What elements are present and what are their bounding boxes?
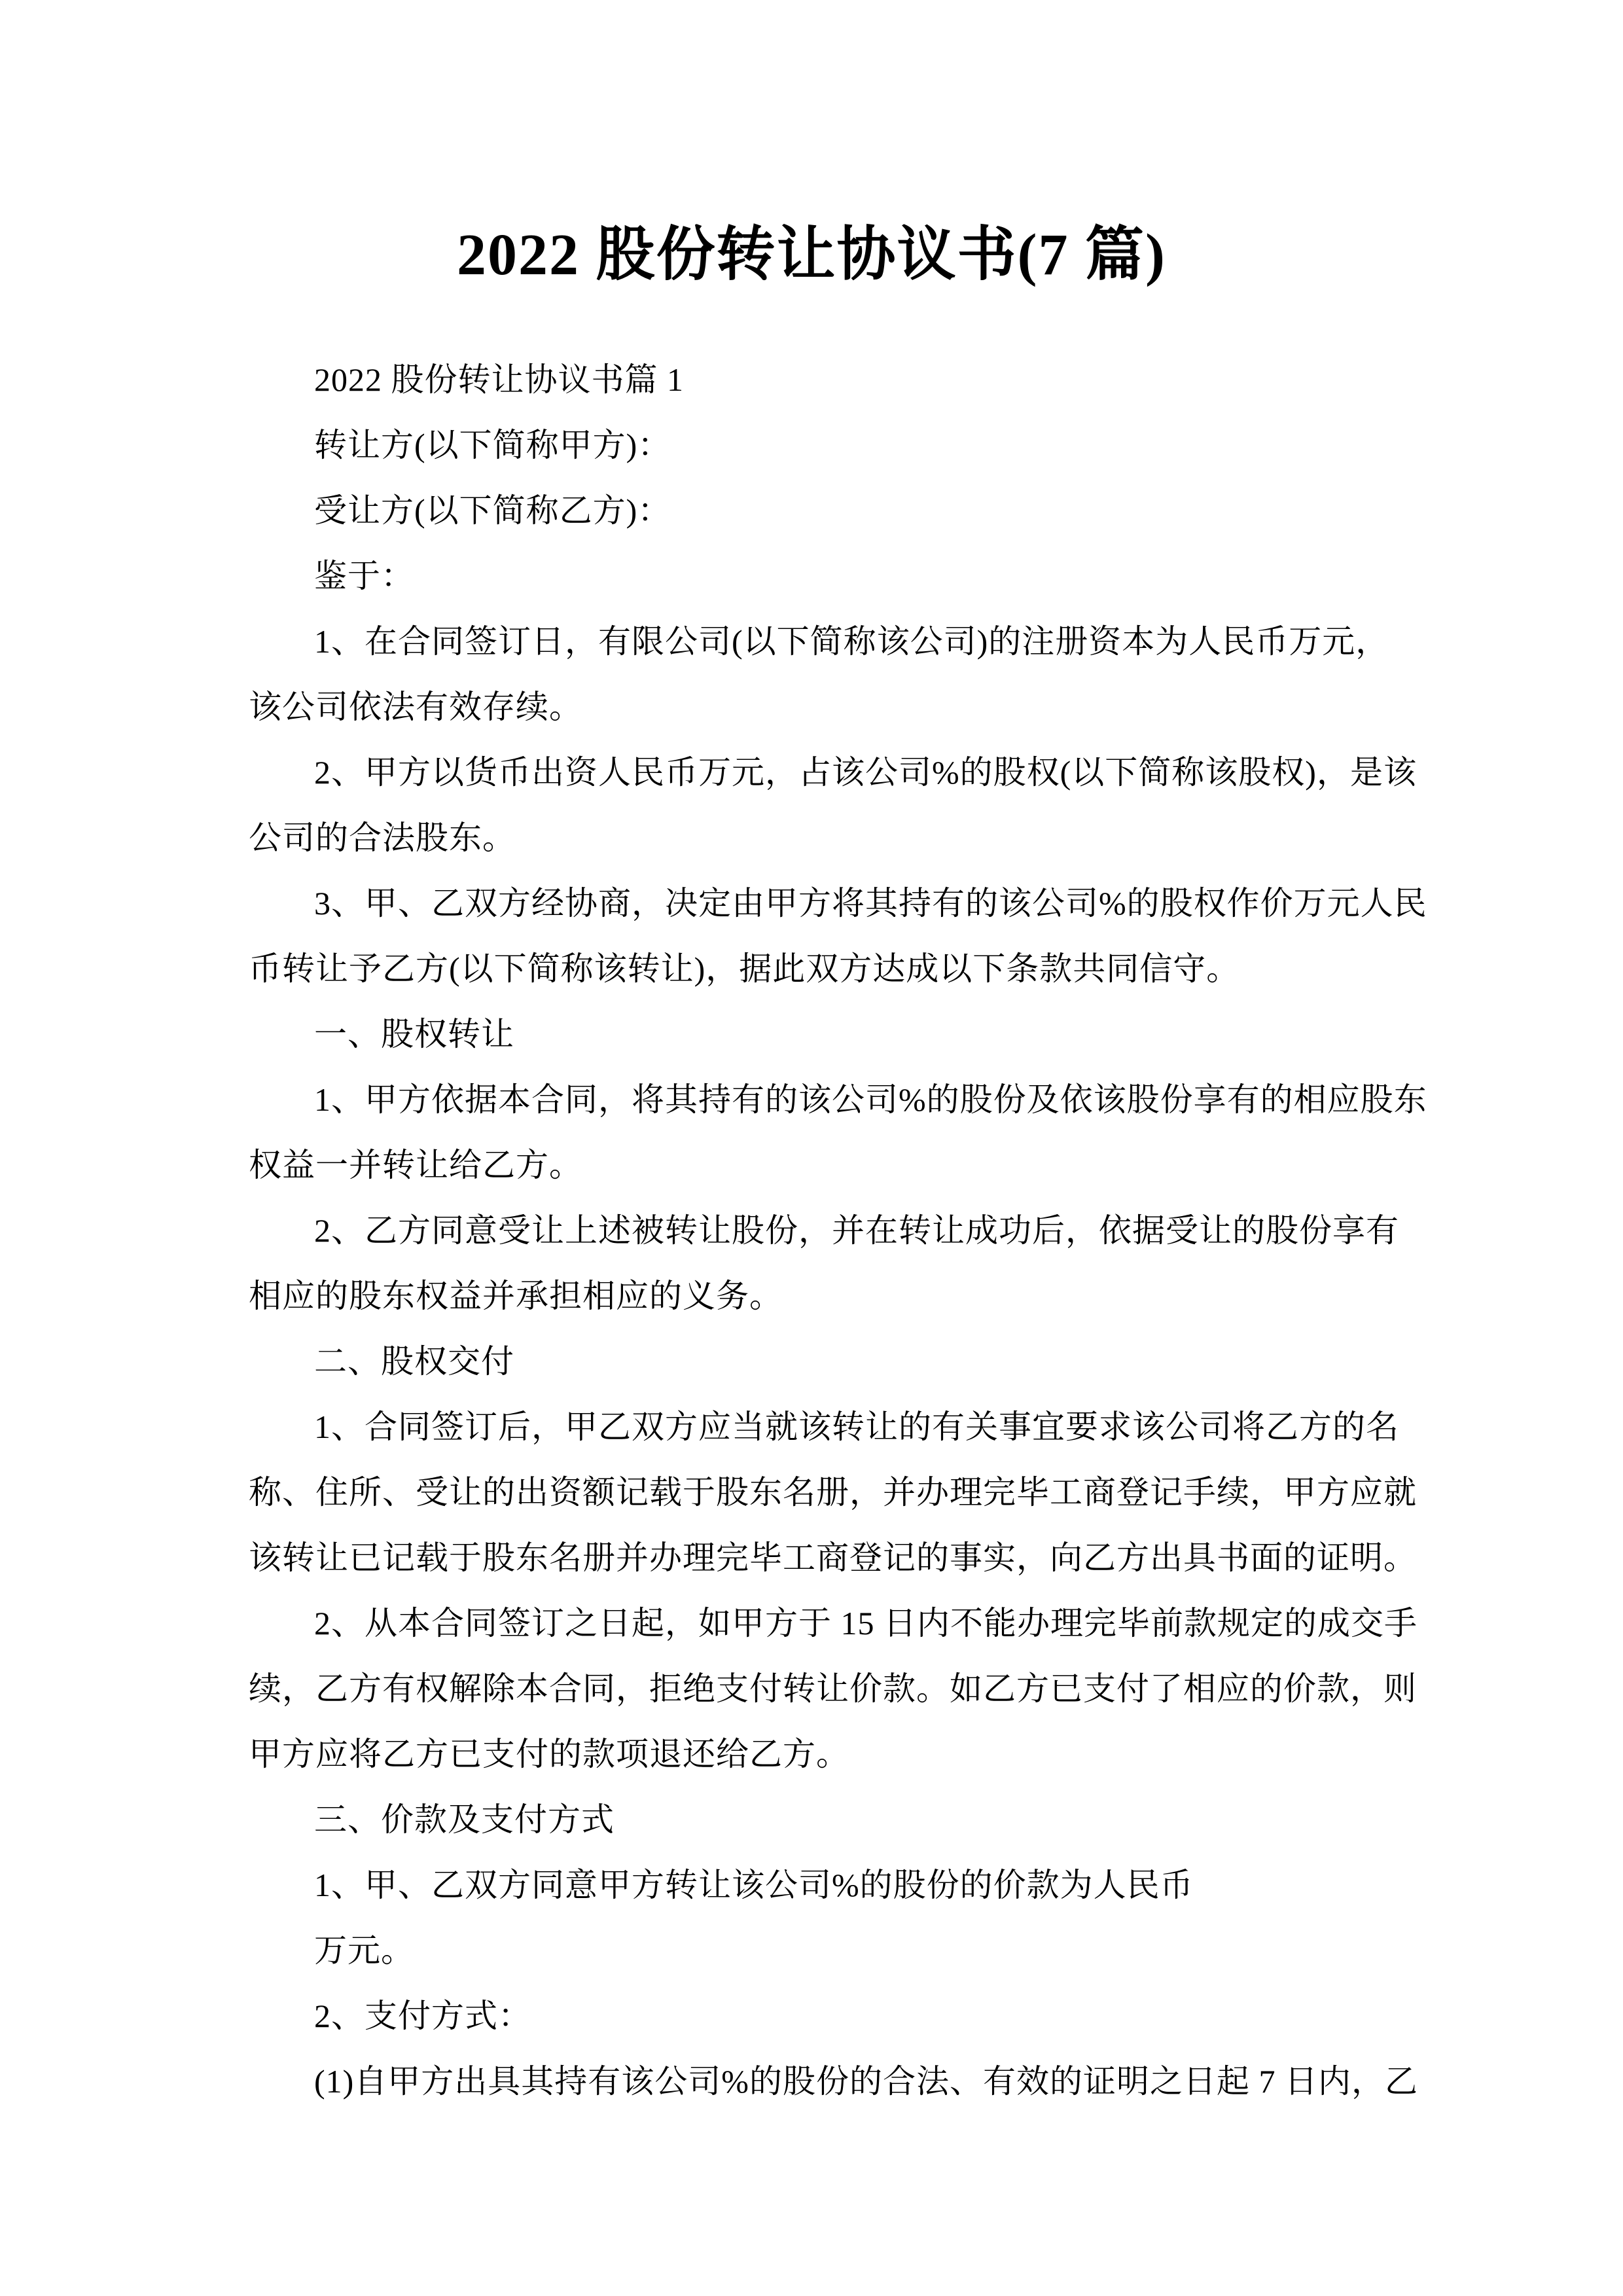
text-line: 2、乙方同意受让上述被转让股份，并在转让成功后，依据受让的股份享有	[249, 1198, 1377, 1263]
text-line: 币转让予乙方(以下简称该转让)，据此双方达成以下条款共同信守。	[249, 936, 1377, 1001]
text-line: 3、甲、乙双方经协商，决定由甲方将其持有的该公司%的股权作价万元人民	[249, 870, 1377, 936]
text-line: 受让方(以下简称乙方)：	[249, 478, 1377, 543]
document-title: 2022 股份转让协议书(7 篇)	[0, 226, 1623, 285]
text-line: 1、甲、乙双方同意甲方转让该公司%的股份的价款为人民币	[249, 1852, 1377, 1918]
text-line: 公司的合法股东。	[249, 805, 1377, 870]
text-line: 转让方(以下简称甲方)：	[249, 412, 1377, 478]
text-line: 三、价款及支付方式	[249, 1787, 1377, 1852]
text-line: (1)自甲方出具其持有该公司%的股份的合法、有效的证明之日起 7 日内，乙	[249, 2049, 1377, 2114]
text-line: 二、股权交付	[249, 1329, 1377, 1394]
text-line: 续，乙方有权解除本合同，拒绝支付转让价款。如乙方已支付了相应的价款，则	[249, 1656, 1377, 1721]
text-line: 相应的股东权益并承担相应的义务。	[249, 1263, 1377, 1329]
text-line: 2、甲方以货币出资人民币万元，占该公司%的股权(以下简称该股权)，是该	[249, 740, 1377, 805]
text-line: 该公司依法有效存续。	[249, 674, 1377, 740]
text-line: 甲方应将乙方已支付的款项退还给乙方。	[249, 1721, 1377, 1787]
text-line: 该转让已记载于股东名册并办理完毕工商登记的事实，向乙方出具书面的证明。	[249, 1525, 1377, 1590]
text-line: 2、从本合同签订之日起，如甲方于 15 日内不能办理完毕前款规定的成交手	[249, 1590, 1377, 1656]
text-line: 权益一并转让给乙方。	[249, 1132, 1377, 1198]
text-line: 2022 股份转让协议书篇 1	[249, 347, 1377, 412]
text-line: 鉴于：	[249, 543, 1377, 609]
text-line: 1、在合同签订日，有限公司(以下简称该公司)的注册资本为人民币万元，	[249, 609, 1377, 674]
document-page: 2022 股份转让协议书(7 篇) 2022 股份转让协议书篇 1转让方(以下简…	[0, 0, 1623, 2296]
text-line: 称、住所、受让的出资额记载于股东名册，并办理完毕工商登记手续，甲方应就	[249, 1460, 1377, 1525]
document-body: 2022 股份转让协议书篇 1转让方(以下简称甲方)：受让方(以下简称乙方)：鉴…	[249, 347, 1377, 2114]
text-line: 2、支付方式：	[249, 1983, 1377, 2049]
text-line: 1、合同签订后，甲乙双方应当就该转让的有关事宜要求该公司将乙方的名	[249, 1394, 1377, 1460]
text-line: 万元。	[249, 1918, 1377, 1983]
text-line: 一、股权转让	[249, 1001, 1377, 1067]
text-line: 1、甲方依据本合同，将其持有的该公司%的股份及依该股份享有的相应股东	[249, 1067, 1377, 1132]
